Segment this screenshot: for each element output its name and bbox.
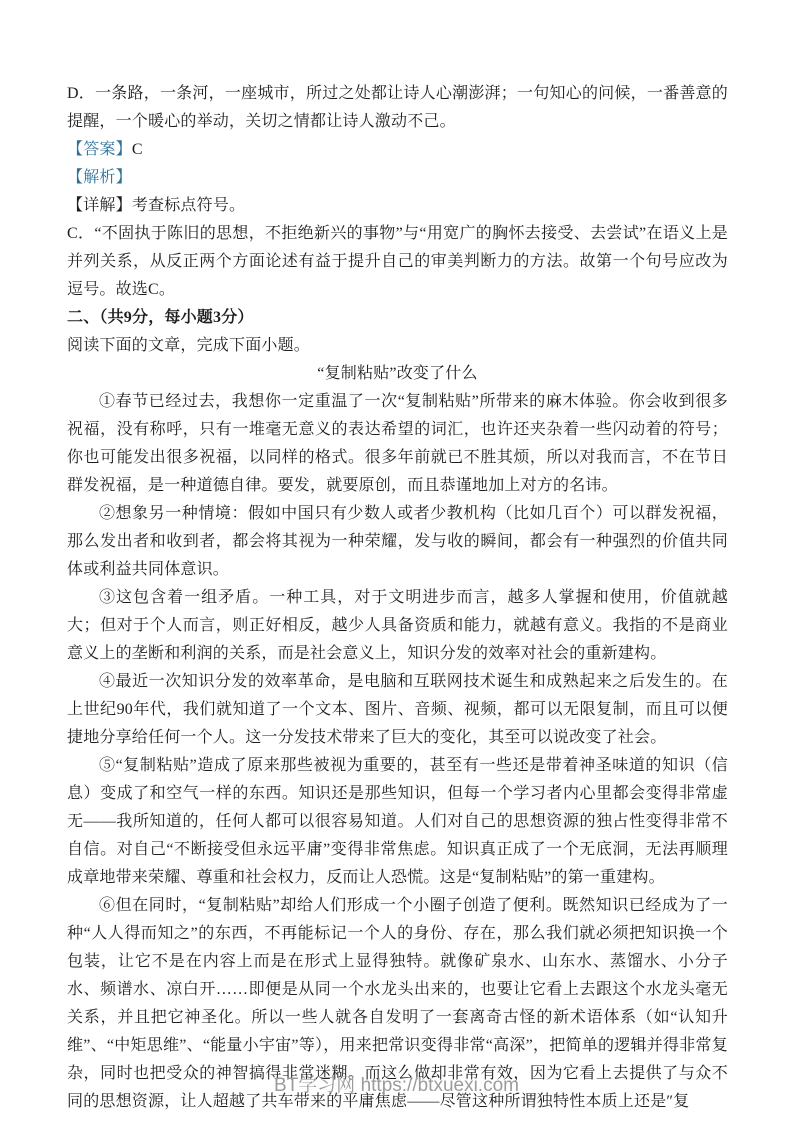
article-title: “复制粘贴”改变了什么 — [67, 360, 728, 388]
option-d-text: D．一条路，一条河，一座城市，所过之处都让诗人心潮澎湃；一句知心的问候，一番善意… — [67, 80, 728, 136]
section-heading: 二、（共9分，每小题3分） — [67, 304, 728, 332]
analysis-label: 【解析】 — [67, 169, 132, 186]
detail-label: 【详解】 — [67, 197, 132, 214]
article-paragraph-1: ①春节已经过去，我想你一定重温了一次“复制粘贴”所带来的麻木体验。你会收到很多祝… — [67, 388, 728, 500]
answer-label: 【答案】 — [67, 141, 132, 158]
detail-text: 考查标点符号。 — [132, 197, 245, 214]
explanation-text: C．“不固执于陈旧的思想，不拒绝新兴的事物”与“用宽广的胸怀去接受、去尝试”在语… — [67, 220, 728, 304]
document-page: D．一条路，一条河，一座城市，所过之处都让诗人心潮澎湃；一句知心的问候，一番善意… — [0, 0, 793, 1122]
article-paragraph-5: ⑤“复制粘贴”造成了原来那些被视为重要的，甚至有一些还是带着神圣味道的知识（信息… — [67, 752, 728, 892]
page-footer: BT学习网 https://btxuexi.com — [0, 1070, 793, 1097]
article-paragraph-3: ③这包含着一组矛盾。一种工具，对于文明进步而言，越多人掌握和使用，价值就越大；但… — [67, 584, 728, 668]
footer-watermark: BT学习网 https://btxuexi.com — [274, 1075, 519, 1096]
document-content: D．一条路，一条河，一座城市，所过之处都让诗人心潮澎湃；一句知心的问候，一番善意… — [67, 80, 728, 1116]
analysis-line: 【解析】 — [67, 164, 728, 192]
detail-line: 【详解】考查标点符号。 — [67, 192, 728, 220]
article-paragraph-4: ④最近一次知识分发的效率革命，是电脑和互联网技术诞生和成熟起来之后发生的。在上世… — [67, 668, 728, 752]
answer-value: C — [132, 141, 143, 158]
article-paragraph-2: ②想象另一种情境：假如中国只有少数人或者少教机构（比如几百个）可以群发祝福，那么… — [67, 500, 728, 584]
answer-line: 【答案】C — [67, 136, 728, 164]
reading-intro: 阅读下面的文章，完成下面小题。 — [67, 332, 728, 360]
